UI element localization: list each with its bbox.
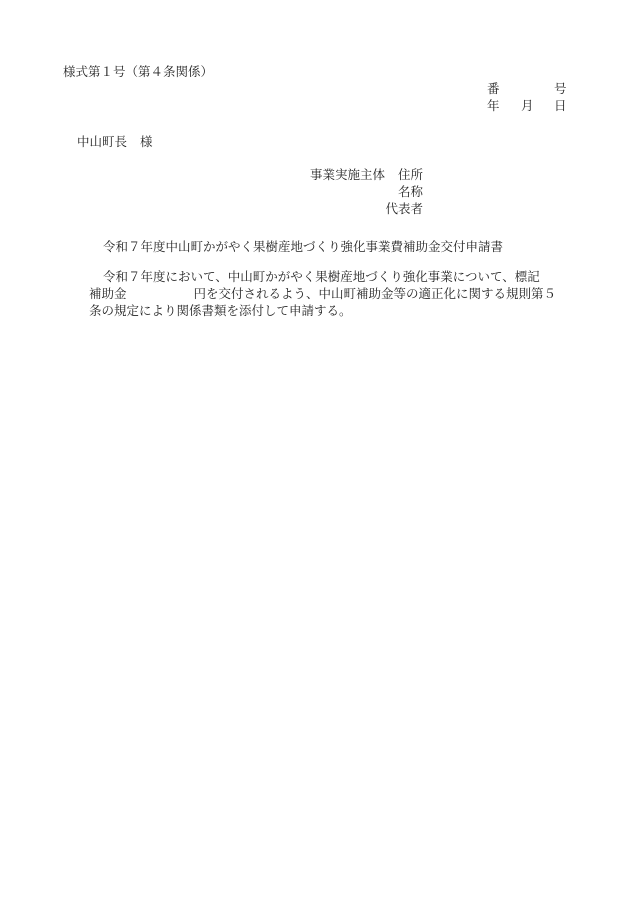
applicant-address-label: 住所 xyxy=(398,167,423,182)
body-paragraph: 令和７年度において、中山町かがやく果樹産地づくり強化事業について、標記 補助金円… xyxy=(89,268,569,319)
body-line-2: 補助金円を交付されるよう、中山町補助金等の適正化に関する規則第５ xyxy=(89,285,569,302)
body-line-3: 条の規定により関係書類を添付して申請する。 xyxy=(89,302,569,319)
addressee: 中山町長様 xyxy=(77,133,153,150)
document-title: 令和７年度中山町かがやく果樹産地づくり強化事業費補助金交付申請書 xyxy=(103,238,503,255)
date-year: 年 xyxy=(487,97,500,114)
date-month: 月 xyxy=(521,97,534,114)
body-line-2-text: 円を交付されるよう、中山町補助金等の適正化に関する規則第５ xyxy=(194,286,557,301)
applicant-representative-label: 代表者 xyxy=(310,200,423,217)
applicant-name-label: 名称 xyxy=(310,183,423,200)
applicant-address-line: 事業実施主体住所 xyxy=(310,166,423,183)
date-day: 日 xyxy=(554,97,567,114)
addressee-name: 中山町長 xyxy=(77,134,127,149)
number-suffix: 号 xyxy=(554,80,567,97)
form-number-label: 様式第１号（第４条関係） xyxy=(63,63,213,80)
document-date-row: 年 月 日 xyxy=(487,97,567,114)
subsidy-label: 補助金 xyxy=(89,286,127,301)
applicant-block: 事業実施主体住所 名称 代表者 xyxy=(310,166,423,217)
body-line-1: 令和７年度において、中山町かがやく果樹産地づくり強化事業について、標記 xyxy=(89,268,569,285)
number-prefix: 番 xyxy=(487,80,500,97)
addressee-honorific: 様 xyxy=(140,134,153,149)
applicant-entity-label: 事業実施主体 xyxy=(310,167,385,182)
document-number-row: 番 号 xyxy=(487,80,567,97)
